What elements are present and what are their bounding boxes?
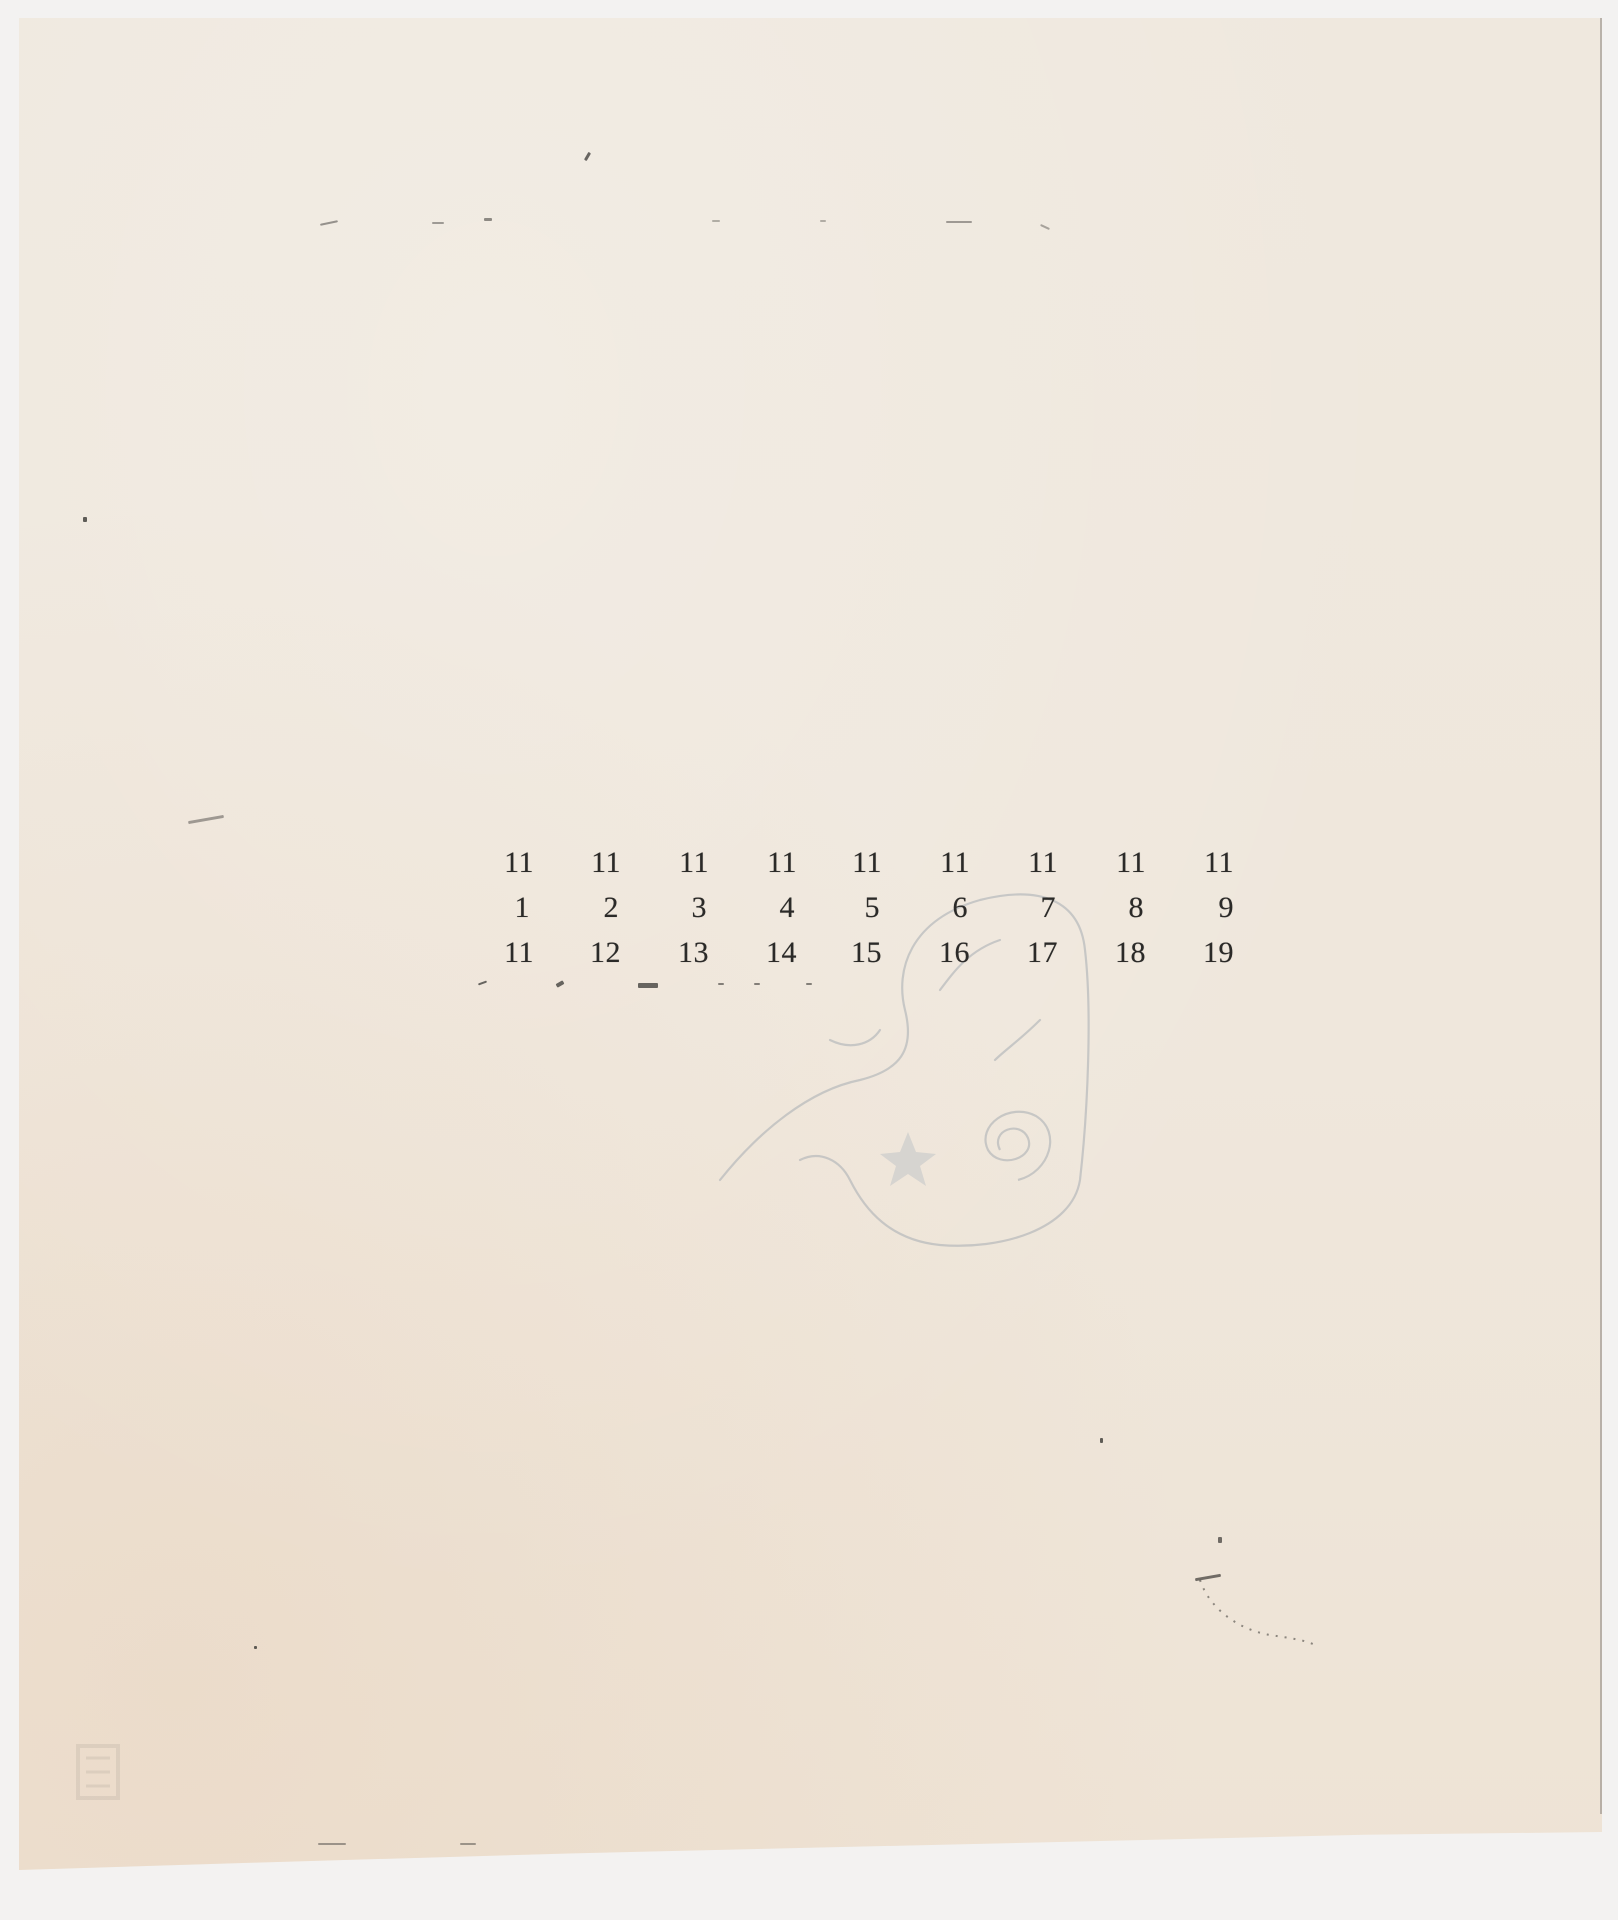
- grid-cell: 14: [737, 935, 797, 971]
- grid-cell: 12: [561, 935, 621, 971]
- ink-speck: [1100, 1438, 1103, 1443]
- ink-speck: [820, 220, 826, 222]
- spiral-icon: [986, 1112, 1051, 1180]
- grid-cell: 15: [822, 935, 882, 971]
- ink-speck: [718, 983, 724, 985]
- paper-right-edge: [1600, 18, 1602, 1814]
- grid-cell: 4: [735, 890, 795, 926]
- grid-cell: 11: [561, 845, 621, 881]
- grid-cell: 18: [1086, 935, 1146, 971]
- grid-cell: 8: [1084, 890, 1144, 926]
- ink-speck: [460, 1843, 476, 1845]
- ink-speck: [638, 983, 658, 988]
- grid-cell: 6: [908, 890, 968, 926]
- number-grid: 11 11 11 11 11 11 11 11 11 1 2 3 4 5 6 7…: [474, 845, 1264, 980]
- ink-speck: [754, 983, 760, 985]
- grid-cell: 2: [559, 890, 619, 926]
- grid-row-3: 11 12 13 14 15 16 17 18 19: [474, 935, 1264, 980]
- ink-speck: [254, 1646, 257, 1649]
- grid-cell: 16: [910, 935, 970, 971]
- grid-cell: 19: [1174, 935, 1234, 971]
- grid-cell: 13: [649, 935, 709, 971]
- grid-cell: 11: [737, 845, 797, 881]
- grid-cell: 11: [910, 845, 970, 881]
- dotted-arc-mark: [1190, 1540, 1350, 1660]
- ink-speck: [946, 221, 972, 223]
- grid-cell: 11: [649, 845, 709, 881]
- faint-stamp-mark: [70, 1738, 140, 1808]
- grid-row-1: 11 11 11 11 11 11 11 11 11: [474, 845, 1264, 890]
- grid-cell: 11: [474, 935, 534, 971]
- grid-cell: 5: [820, 890, 880, 926]
- ink-speck: [484, 218, 492, 221]
- grid-cell: 1: [470, 890, 530, 926]
- ink-speck: [318, 1843, 346, 1845]
- grid-cell: 11: [1174, 845, 1234, 881]
- grid-cell: 11: [998, 845, 1058, 881]
- ink-speck: [712, 220, 720, 222]
- grid-cell: 11: [474, 845, 534, 881]
- grid-cell: 7: [996, 890, 1056, 926]
- grid-cell: 11: [822, 845, 882, 881]
- grid-cell: 17: [998, 935, 1058, 971]
- ink-speck: [432, 222, 444, 224]
- grid-row-2: 1 2 3 4 5 6 7 8 9: [474, 890, 1264, 935]
- ink-speck: [83, 517, 87, 522]
- grid-cell: 11: [1086, 845, 1146, 881]
- star-icon: [880, 1132, 936, 1186]
- grid-cell: 3: [647, 890, 707, 926]
- ink-speck: [806, 983, 812, 985]
- grid-cell: 9: [1174, 890, 1234, 926]
